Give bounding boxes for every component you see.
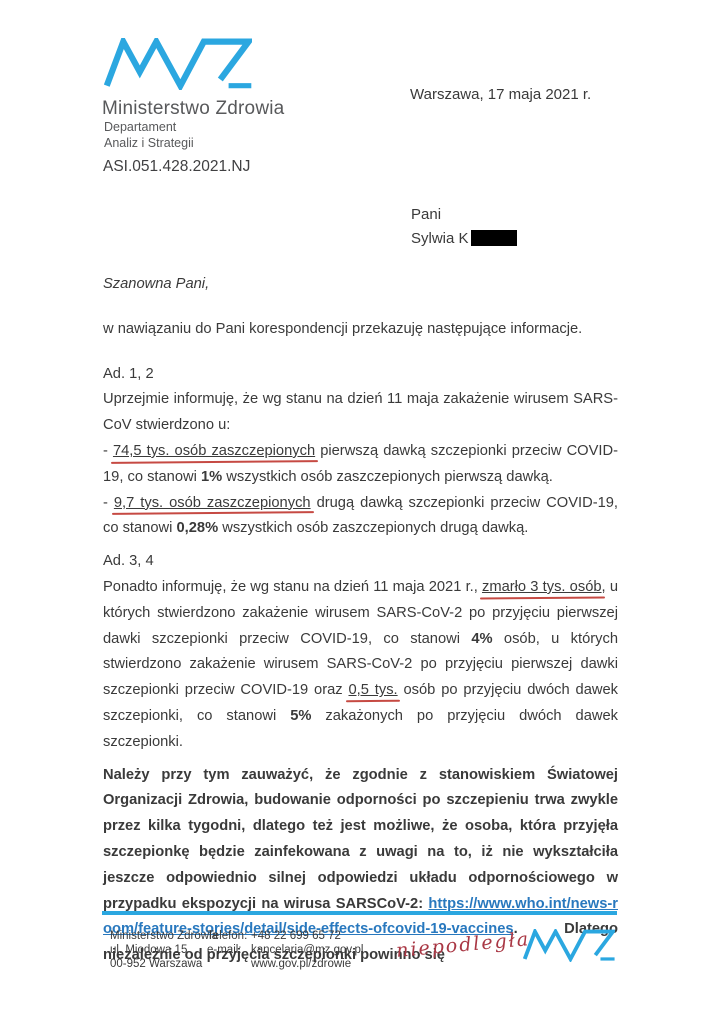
footer-divider xyxy=(102,911,617,915)
addressee-name: Sylwia K xyxy=(411,230,469,247)
text-run: 4% xyxy=(471,631,492,647)
addressee-name-line: Sylwia K xyxy=(411,227,517,251)
footer-address: Ministerstwo Zdrowiaul. Miodowa 1500-952… xyxy=(110,929,218,971)
text-run: 1% xyxy=(201,469,222,485)
text-run: Ponadto informuję, że wg stanu na dzień … xyxy=(103,579,482,595)
letter-page: Ministerstwo Zdrowia Departament Analiz … xyxy=(0,0,725,1024)
footer-contact-line: e-mail:kancelaria@mz.gov.pl xyxy=(207,943,363,957)
text-run: 5% xyxy=(290,708,311,724)
text-run: wszystkich osób zaszczepionych pierwszą … xyxy=(222,469,553,485)
footer-mz-logo xyxy=(523,929,615,962)
letter-paragraph: Ponadto informuję, że wg stanu na dzień … xyxy=(103,575,618,756)
footer-address-line: Ministerstwo Zdrowia xyxy=(110,929,218,943)
section-heading: Ad. 1, 2 xyxy=(103,362,618,388)
footer-contact-label: e-mail: xyxy=(207,943,251,957)
reference-number: ASI.051.428.2021.NJ xyxy=(103,158,250,176)
text-run: Szanowna Pani, xyxy=(103,276,209,292)
text-run: zmarło 3 tys. osób xyxy=(482,579,602,595)
text-run: Ad. 1, 2 xyxy=(103,366,154,382)
text-run: w nawiązaniu do Pani korespondencji prze… xyxy=(103,321,582,337)
addressee-block: Pani Sylwia K xyxy=(411,203,517,251)
letter-paragraph: Uprzejmie informuję, że wg stanu na dzie… xyxy=(103,387,618,439)
letter-paragraph: - 9,7 tys. osób zaszczepionych drugą daw… xyxy=(103,491,618,543)
footer-address-line: 00-952 Warszawa xyxy=(110,957,218,971)
department-name: Departament Analiz i Strategii xyxy=(104,120,194,151)
place-date: Warszawa, 17 maja 2021 r. xyxy=(410,86,591,103)
department-line-1: Departament xyxy=(104,120,194,136)
redacted-name-box xyxy=(471,230,517,246)
footer-contact-value: kancelaria@mz.gov.pl xyxy=(251,944,363,956)
department-line-2: Analiz i Strategii xyxy=(104,136,194,152)
ministry-name: Ministerstwo Zdrowia xyxy=(102,98,284,120)
letter-body: Szanowna Pani,w nawiązaniu do Pani kores… xyxy=(103,272,618,969)
footer-contact-value: www.gov.pl/zdrowie xyxy=(251,958,351,970)
text-run: Należy przy tym zauważyć, że zgodnie z s… xyxy=(103,767,618,912)
text-run: 0,5 tys. xyxy=(348,682,397,698)
text-run: wszystkich osób zaszczepionych drugą daw… xyxy=(218,520,528,536)
text-run: 0,28% xyxy=(176,520,218,536)
mz-logo xyxy=(104,38,252,90)
letter-paragraph: - 74,5 tys. osób zaszczepionych pierwszą… xyxy=(103,439,618,491)
letter-paragraph: Szanowna Pani, xyxy=(103,272,618,298)
text-run: 9,7 tys. osób zaszczepionych xyxy=(114,495,311,511)
footer-contact: Telefon:+48 22 699 65 72e-mail:kancelari… xyxy=(207,929,363,971)
footer-address-line: ul. Miodowa 15 xyxy=(110,943,218,957)
text-run: Ad. 3, 4 xyxy=(103,553,154,569)
text-run: - xyxy=(103,443,113,459)
footer-contact-line: www.gov.pl/zdrowie xyxy=(207,957,363,971)
text-run: Uprzejmie informuję, że wg stanu na dzie… xyxy=(103,391,618,433)
letter-paragraph: w nawiązaniu do Pani korespondencji prze… xyxy=(103,317,618,343)
addressee-title: Pani xyxy=(411,203,517,227)
text-run: - xyxy=(103,495,114,511)
text-run: 74,5 tys. osób zaszczepionych xyxy=(113,443,315,459)
section-heading: Ad. 3, 4 xyxy=(103,549,618,575)
footer-contact-label: Telefon: xyxy=(207,929,251,943)
footer-contact-value: +48 22 699 65 72 xyxy=(251,930,341,942)
footer-contact-line: Telefon:+48 22 699 65 72 xyxy=(207,929,363,943)
